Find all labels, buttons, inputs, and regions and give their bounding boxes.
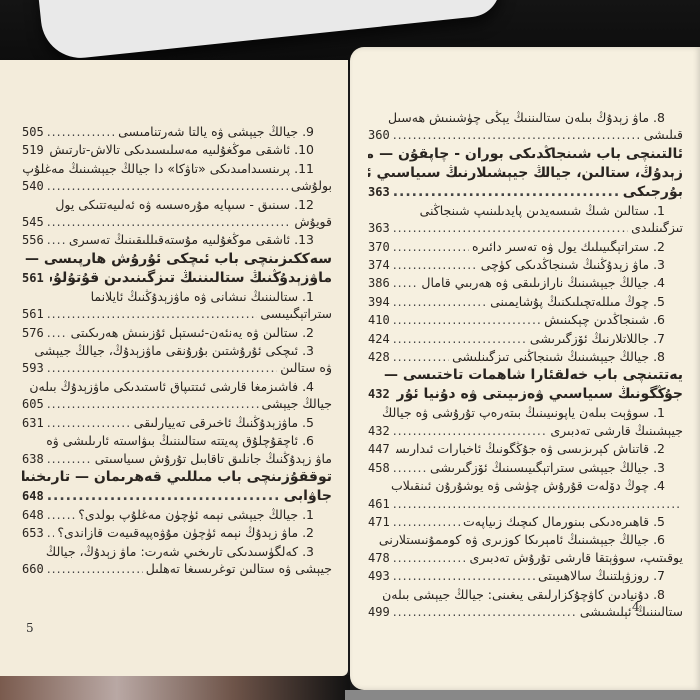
- toc-page-number: 370: [368, 239, 390, 256]
- toc-entry-title: 5. قاھىرەدىكى بىنورمال كىچىك زىياپەت: [463, 513, 665, 530]
- toc-entry-title: بولۇشى: [291, 177, 332, 194]
- left-page: 9. جيالڭ جيېشى ۋە يالتا شەرتنامىسى......…: [0, 60, 348, 676]
- toc-entry-title: 1. جيالڭ جيېشى نېمە ئۈچۈن مەغلۇپ بولدى؟: [78, 506, 314, 523]
- toc-entry-title: ماۋ زېدۇڭنىڭ جانلىق تاقابىل تۇرۇش سىياسى…: [95, 450, 332, 467]
- toc-entry-title: قويۇش: [294, 213, 332, 230]
- leader-dots: ........................................…: [393, 567, 535, 584]
- patterned-cloth: [0, 675, 350, 700]
- toc-page-number: 648: [22, 487, 44, 506]
- leader-dots: ........................................…: [47, 450, 92, 467]
- toc-entry-title: جيېشىنىڭ قارشى تەدبىرى: [550, 422, 683, 439]
- leader-dots: ........................................…: [393, 219, 628, 236]
- toc-page-number: 648: [22, 507, 44, 524]
- toc-entry-title: 8. دۇنيادىن كاۋچۇكزارلىقى يىغىنى: جيالڭ …: [382, 586, 665, 603]
- leader-dots: ........................................…: [393, 126, 641, 143]
- toc-page-number: 394: [368, 294, 390, 311]
- toc-page-number: 386: [368, 275, 390, 292]
- leader-dots: ........................................…: [47, 324, 68, 341]
- toc-entry: 5. قاھىرەدىكى بىنورمال كىچىك زىياپەت....…: [368, 513, 683, 531]
- toc-entry: 2. قاتناش كېرىزىسى ۋە جۇڭگونىڭ ئاخبارات …: [368, 440, 683, 458]
- toc-page-number: 631: [22, 415, 44, 432]
- leader-dots: ........................................…: [393, 513, 460, 530]
- toc-entry-title: ستراتېگىيىسى: [260, 305, 332, 322]
- toc-entry-title: 4. جيالڭ جيېشىنىڭ نارازىلىقى ۋە ھەربىي ق…: [421, 274, 665, 291]
- toc-entry: 1. ستالىن شىڭ شىسەيدىن پايدىلىنىپ شىنجاڭ…: [368, 202, 683, 238]
- toc-entry-title: 11. پرىنسىدامىدىكى «تاۋكا» دا جيالڭ جيېش…: [22, 160, 314, 177]
- toc-page-number: 519: [22, 142, 44, 159]
- toc-entry: 9. جيالڭ جيېشى ۋە يالتا شەرتنامىسى......…: [22, 123, 332, 141]
- leader-dots: ........................................…: [393, 183, 620, 202]
- toc-entry-title: 2. قاتناش كېرىزىسى ۋە جۇڭگونىڭ ئاخبارات …: [396, 440, 665, 457]
- toc-entry-title: زېدۇڭ، ستالىن، جيالڭ جيېشىلارنىڭ سىياسىي…: [368, 164, 683, 183]
- toc-entry: 3. ئىچكى ئۇرۇشتىن بۇرۇنقى ماۋزېدۇڭ، جيال…: [22, 342, 332, 378]
- toc-entry: 6. جيالڭ جيېشىنىڭ ئامېرىكا كوزىرى ۋە كوم…: [368, 531, 683, 567]
- leader-dots: ........................................…: [47, 305, 258, 322]
- leader-dots: ........................................…: [393, 293, 487, 310]
- toc-page-number: 363: [368, 183, 390, 202]
- leader-dots: ........................................…: [47, 524, 55, 541]
- toc-page-number: 461: [368, 496, 390, 513]
- toc-entry: 6. شىنجاڭدىن چېكىنىش....................…: [368, 311, 683, 329]
- toc-entry-title: 7. جاللاتلارنىڭ ئۆزگىرىشى: [530, 330, 665, 347]
- toc-page-number: 593: [22, 360, 44, 377]
- toc-entry-title: بۇرجىكى: [623, 183, 683, 202]
- toc-page-number: 428: [368, 349, 390, 366]
- toc-entry: 12. سىنىق - سىپايە مۇرەسسە ۋە ئەلىيەتتىك…: [22, 196, 332, 232]
- toc-entry-title: توققۇزىنچى باب مىللىي قەھرىمان — تارىخنى…: [22, 468, 332, 487]
- toc-entry-title: 3. جيالڭ جيېشى ستراتېگىيىسىنىڭ ئۆزگىرىشى: [430, 459, 665, 476]
- toc-entry-title: 3. ماۋ زېدۇڭنىڭ شىنجاڭدىكى كۈچى: [481, 256, 665, 273]
- toc-entry-title: 5. چوڭ مىللەتچىلىكنىڭ پۇشايمىنى: [490, 293, 665, 310]
- toc-page-number: 374: [368, 257, 390, 274]
- toc-page-number: 432: [368, 385, 390, 404]
- toc-entry: 3. كەلگۈسىدىكى تارىخىي شەرت: ماۋ زېدۇڭ، …: [22, 543, 332, 579]
- leader-dots: ........................................…: [47, 177, 288, 194]
- leader-dots: ........................................…: [393, 549, 467, 566]
- toc-entry: 2. ستالىن ۋە يەنئەن-ئىستېل ئۇزىنىش ھەرىك…: [22, 324, 332, 342]
- toc-entry-title: تىزگىنلىدى: [631, 219, 683, 236]
- toc-page-number: 493: [368, 568, 390, 585]
- leader-dots: ........................................…: [47, 506, 76, 523]
- leader-dots: ........................................…: [393, 495, 680, 512]
- toc-entry-title: يوقىتىپ، سوۋېتقا قارشى تۇرۇش تەدبىرى: [470, 549, 683, 566]
- toc-entry: 3. جيالڭ جيېشى ستراتېگىيىسىنىڭ ئۆزگىرىشى…: [368, 459, 683, 477]
- toc-entry-title: جيالڭ جيېشى: [262, 395, 332, 412]
- toc-entry: 13. ئاشقى موڭغۇلىيە مۇستەقىللىقىنىڭ تەسى…: [22, 231, 332, 249]
- toc-entry-title: 5. ماۋزېدۇڭنىڭ ئاخىرقى تەييارلىقى: [134, 414, 314, 431]
- leader-dots: ........................................…: [393, 256, 478, 273]
- toc-entry-title: ۋە ستالىن: [280, 359, 332, 376]
- leader-dots: ........................................…: [47, 487, 281, 506]
- toc-entry-title: 8. جيالڭ جيېشىنىڭ شىنجاڭنى تىزگىنلىشى: [452, 348, 665, 365]
- toc-entry-title: سەككىزىنچى باب ئىچكى ئۇرۇش ھارپىسى —: [25, 250, 332, 269]
- toc-page-number: 505: [22, 124, 44, 141]
- toc-entry-title: ماۋزېدۇڭنىڭ ستالىننىڭ تىزگىنىدىن قۇتۇلۇش…: [50, 269, 332, 288]
- toc-entry: 3. ماۋ زېدۇڭنىڭ شىنجاڭدىكى كۈچى.........…: [368, 256, 683, 274]
- toc-entry-title: 4. چوڭ دۆلەت قۇرۇش چۈشى ۋە يوشۇرۇن ئىنقى…: [391, 477, 665, 494]
- toc-entry: 5. ماۋزېدۇڭنىڭ ئاخىرقى تەييارلىقى.......…: [22, 414, 332, 432]
- page-number: 5: [26, 621, 34, 635]
- leader-dots: ........................................…: [47, 123, 115, 140]
- toc-page-number: 653: [22, 525, 44, 542]
- toc-entry: 8. ماۋ زېدۇڭ بىلەن ستالىننىڭ يېڭى چۈشىنى…: [368, 109, 683, 145]
- toc-entry-title: يەتتىنچى باب خەلقئارا شاھمات تاختىسى —: [384, 366, 683, 385]
- toc-chapter-heading: سەككىزىنچى باب ئىچكى ئۇرۇش ھارپىسى —ماۋز…: [22, 250, 332, 288]
- toc-entry-title: جاۋابى: [284, 487, 332, 506]
- toc-page-number: 540: [22, 178, 44, 195]
- toc-entry-title: 2. ستالىن ۋە يەنئەن-ئىستېل ئۇزىنىش ھەرىك…: [71, 324, 314, 341]
- leader-dots: ........................................…: [393, 330, 527, 347]
- toc-page-number: 638: [22, 451, 44, 468]
- toc-entry: 10. ئاشقى موڭغۇلىيە مەسلىسىدىكى تالاش-تا…: [22, 141, 332, 159]
- leader-dots: ........................................…: [47, 414, 131, 431]
- toc-entry-title: 10. ئاشقى موڭغۇلىيە مەسلىسىدىكى تالاش-تا…: [50, 141, 314, 158]
- toc-entry: 1. جيالڭ جيېشى نېمە ئۈچۈن مەغلۇپ بولدى؟.…: [22, 506, 332, 524]
- toc-entry: 5. چوڭ مىللەتچىلىكنىڭ پۇشايمىنى.........…: [368, 293, 683, 311]
- toc-entry-title: 7. روزۋېلتنىڭ سالاھىيىتى: [538, 567, 665, 584]
- toc-page-number: 605: [22, 396, 44, 413]
- toc-entry-title: 9. جيالڭ جيېشى ۋە يالتا شەرتنامىسى: [118, 123, 314, 140]
- toc-page-number: 410: [368, 312, 390, 329]
- leader-dots: ........................................…: [47, 359, 278, 376]
- toc-chapter-heading: توققۇزىنچى باب مىللىي قەھرىمان — تارىخنى…: [22, 468, 332, 506]
- toc-page-number: 499: [368, 604, 390, 621]
- toc-entry: 1. سوۋېت بىلەن ياپونىيىنىڭ بىتەرەپ تۇرۇش…: [368, 404, 683, 440]
- toc-entry: 4. فاشىزمغا قارشى ئىتتىپاق ئاستىدىكى ماۋ…: [22, 378, 332, 414]
- toc-entry: 11. پرىنسىدامىدىكى «تاۋكا» دا جيالڭ جيېش…: [22, 160, 332, 196]
- toc-entry: 2. ستراتېگىيىلىك يول ۋە تەسىر دائىرە....…: [368, 238, 683, 256]
- leader-dots: ........................................…: [393, 422, 548, 439]
- toc-entry-title: 13. ئاشقى موڭغۇلىيە مۇستەقىللىقىنىڭ تەسى…: [69, 231, 314, 248]
- page-number: 4: [632, 600, 640, 614]
- toc-entry-title: 6. ئاچقۇچلۇق پەيتتە ستالىننىڭ بىۋاسىتە ئ…: [46, 432, 314, 449]
- toc-entry: 4. چوڭ دۆلەت قۇرۇش چۈشى ۋە يوشۇرۇن ئىنقى…: [368, 477, 683, 513]
- toc-entry-title: 3. ئىچكى ئۇرۇشتىن بۇرۇنقى ماۋزېدۇڭ، جيال…: [34, 342, 314, 359]
- toc-page-number: 360: [368, 127, 390, 144]
- toc-entry: 4. جيالڭ جيېشىنىڭ نارازىلىقى ۋە ھەربىي ق…: [368, 274, 683, 292]
- toc-entry-title: 3. كەلگۈسىدىكى تارىخىي شەرت: ماۋ زېدۇڭ، …: [46, 543, 314, 560]
- toc-page-number: 561: [22, 306, 44, 323]
- toc-entry-title: 8. ماۋ زېدۇڭ بىلەن ستالىننىڭ يېڭى چۈشىنى…: [388, 109, 665, 126]
- leader-dots: ........................................…: [393, 238, 469, 255]
- toc-page-number: 561: [22, 269, 44, 288]
- leader-dots: ........................................…: [47, 395, 259, 412]
- leader-dots: ........................................…: [393, 348, 449, 365]
- toc-entry-title: 1. سوۋېت بىلەن ياپونىيىنىڭ بىتەرەپ تۇرۇش…: [382, 404, 665, 421]
- toc-entry-title: قىلىشى: [644, 126, 683, 143]
- toc-entry: 7. جاللاتلارنىڭ ئۆزگىرىشى...............…: [368, 330, 683, 348]
- toc-entry: 6. ئاچقۇچلۇق پەيتتە ستالىننىڭ بىۋاسىتە ئ…: [22, 432, 332, 468]
- leader-dots: ........................................…: [47, 560, 143, 577]
- toc-page-number: 424: [368, 331, 390, 348]
- table-of-contents-left: 9. جيالڭ جيېشى ۋە يالتا شەرتنامىسى......…: [22, 123, 332, 579]
- toc-entry-title: 2. ستراتېگىيىلىك يول ۋە تەسىر دائىرە: [472, 238, 665, 255]
- toc-entry-title: جۇڭگونىڭ سىياسىي ۋەزىيىتى ۋە دۇنيا ئۇرۇش…: [396, 385, 683, 404]
- toc-page-number: 556: [22, 232, 44, 249]
- right-page: 8. ماۋ زېدۇڭ بىلەن ستالىننىڭ يېڭى چۈشىنى…: [350, 47, 700, 690]
- toc-entry-title: ئالتىنچى باب شىنجاڭدىكى بوران - چاپقۇن —…: [368, 145, 683, 164]
- toc-page-number: 545: [22, 214, 44, 231]
- table-of-contents-right: 8. ماۋ زېدۇڭ بىلەن ستالىننىڭ يېڭى چۈشىنى…: [368, 109, 683, 621]
- toc-page-number: 471: [368, 514, 390, 531]
- leader-dots: ........................................…: [393, 311, 541, 328]
- toc-page-number: 576: [22, 325, 44, 342]
- leader-dots: ........................................…: [393, 459, 427, 476]
- toc-entry-title: 6. جيالڭ جيېشىنىڭ ئامېرىكا كوزىرى ۋە كوم…: [379, 531, 665, 548]
- toc-entry-title: 12. سىنىق - سىپايە مۇرەسسە ۋە ئەلىيەتتىك…: [55, 196, 314, 213]
- toc-page-number: 432: [368, 423, 390, 440]
- leader-dots: ........................................…: [393, 603, 577, 620]
- toc-entry-title: 4. فاشىزمغا قارشى ئىتتىپاق ئاستىدىكى ماۋ…: [29, 378, 314, 395]
- toc-chapter-heading: يەتتىنچى باب خەلقئارا شاھمات تاختىسى —جۇ…: [368, 366, 683, 404]
- leader-dots: ........................................…: [47, 231, 66, 248]
- toc-entry-title: 2. ماۋ زېدۇڭ نېمە ئۈچۈن مۇۋەپپەقىيەت قاز…: [57, 524, 314, 541]
- toc-entry: 2. ماۋ زېدۇڭ نېمە ئۈچۈن مۇۋەپپەقىيەت قاز…: [22, 524, 332, 542]
- toc-page-number: 363: [368, 220, 390, 237]
- toc-entry-title: 1. ستالىننىڭ نىشانى ۋە ماۋزېدۇڭنىڭ ئايلا…: [91, 288, 314, 305]
- toc-entry: 7. روزۋېلتنىڭ سالاھىيىتى................…: [368, 567, 683, 585]
- toc-page-number: 478: [368, 550, 390, 567]
- toc-entry-title: 6. شىنجاڭدىن چېكىنىش: [544, 311, 665, 328]
- toc-entry-title: جيېشى ۋە ستالىن توغرىسىغا تەھلىل: [146, 560, 332, 577]
- toc-page-number: 660: [22, 561, 44, 578]
- toc-entry: 8. جيالڭ جيېشىنىڭ شىنجاڭنى تىزگىنلىشى...…: [368, 348, 683, 366]
- leader-dots: ........................................…: [47, 213, 292, 230]
- leader-dots: ........................................…: [393, 274, 419, 291]
- surface-edge: [345, 690, 700, 700]
- toc-chapter-heading: ئالتىنچى باب شىنجاڭدىكى بوران - چاپقۇن —…: [368, 145, 683, 202]
- toc-page-number: 458: [368, 460, 390, 477]
- toc-page-number: 447: [368, 441, 390, 458]
- toc-entry: 1. ستالىننىڭ نىشانى ۋە ماۋزېدۇڭنىڭ ئايلا…: [22, 288, 332, 324]
- toc-entry-title: 1. ستالىن شىڭ شىسەيدىن پايدىلىنىپ شىنجاڭ…: [420, 202, 665, 219]
